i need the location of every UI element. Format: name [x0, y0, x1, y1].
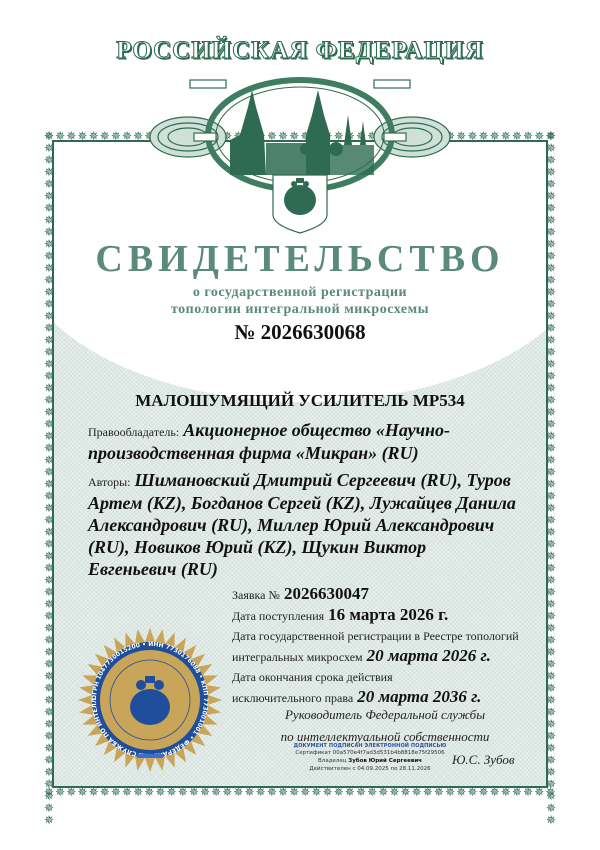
registration-date-label-2: интегральных микросхем — [232, 650, 363, 664]
authors-value: Шимановский Дмитрий Сергеевич (RU), Туро… — [88, 470, 516, 579]
ornament-star-icon: ✵ — [200, 786, 210, 798]
ornament-star-icon: ✵ — [378, 786, 388, 798]
application-number-value: 2026630047 — [284, 584, 369, 603]
country-heading: РОССИЙСКАЯ ФЕДЕРАЦИЯ — [0, 37, 600, 65]
ornament-star-icon: ✵ — [111, 786, 121, 798]
topology-title: МАЛОШУМЯЩИЙ УСИЛИТЕЛЬ МР534 — [0, 391, 600, 411]
ornament-star-icon: ✵ — [401, 786, 411, 798]
ornament-star-icon: ✵ — [512, 130, 522, 142]
ornament-star-icon: ✵ — [501, 130, 511, 142]
ornament-star-icon: ✵ — [456, 786, 466, 798]
certificate-subtitle-line2: топологии интегральной микросхемы — [0, 302, 600, 318]
ornament-star-icon: ✵ — [66, 786, 76, 798]
signatory-position: Руководитель Федеральной службы по интел… — [250, 704, 520, 748]
ornament-star-icon: ✵ — [367, 786, 377, 798]
ornament-star-icon: ✵ — [434, 786, 444, 798]
expiry-date-label-2: исключительного права — [232, 691, 353, 705]
esig-owner-row: Владелец Зубов Юрий Сергеевич — [285, 757, 455, 765]
ornament-star-icon: ✵ — [501, 786, 511, 798]
authors-label: Авторы: — [88, 475, 131, 489]
ornament-star-icon: ✵ — [512, 786, 522, 798]
application-number-label: Заявка № — [232, 588, 280, 602]
certificate-title: СВИДЕТЕЛЬСТВО — [0, 237, 600, 281]
ornament-border-left: ✵✵✵✵✵✵✵✵✵✵✵✵✵✵✵✵✵✵✵✵✵✵✵✵✵✵✵✵✵✵✵✵✵✵✵✵✵✵✵✵… — [44, 130, 54, 798]
ornament-star-icon: ✵ — [278, 786, 288, 798]
ornament-star-icon: ✵ — [89, 786, 99, 798]
signer-name: Ю.С. Зубов — [452, 752, 515, 768]
ornament-star-icon: ✵ — [478, 130, 488, 142]
esig-owner-label: Владелец — [318, 758, 347, 764]
ornament-star-icon: ✵ — [222, 786, 232, 798]
rightholder-label: Правообладатель: — [88, 425, 179, 439]
ornament-star-icon: ✵ — [111, 130, 121, 142]
rightholder-block: Правообладатель: Акционерное общество «Н… — [88, 420, 518, 465]
ornament-border-right: ✵✵✵✵✵✵✵✵✵✵✵✵✵✵✵✵✵✵✵✵✵✵✵✵✵✵✵✵✵✵✵✵✵✵✵✵✵✵✵✵… — [546, 130, 556, 798]
ornament-star-icon: ✵ — [66, 130, 76, 142]
ornament-star-icon: ✵ — [389, 786, 399, 798]
authors-block: Авторы: Шимановский Дмитрий Сергеевич (R… — [88, 470, 518, 581]
ornament-star-icon: ✵ — [345, 786, 355, 798]
ornament-star-icon: ✵ — [267, 786, 277, 798]
ornament-star-icon: ✵ — [523, 786, 533, 798]
ornament-star-icon: ✵ — [55, 786, 65, 798]
ornament-star-icon: ✵ — [245, 786, 255, 798]
ornament-star-icon: ✵ — [467, 130, 477, 142]
ornament-star-icon: ✵ — [155, 786, 165, 798]
signatory-position-line1: Руководитель Федеральной службы — [250, 704, 520, 726]
ornament-star-icon: ✵ — [534, 130, 544, 142]
ornament-star-icon: ✵ — [523, 130, 533, 142]
ornament-star-icon: ✵ — [445, 786, 455, 798]
receipt-date-row: Дата поступления 16 марта 2026 г. — [232, 605, 532, 626]
ornament-star-icon: ✵ — [334, 786, 344, 798]
ornament-star-icon: ✵ — [490, 130, 500, 142]
ornament-star-icon: ✵ — [122, 786, 132, 798]
ornament-star-icon: ✵ — [211, 786, 221, 798]
ornament-star-icon: ✵ — [233, 786, 243, 798]
receipt-date-value: 16 марта 2026 г. — [328, 605, 448, 624]
ornament-star-icon: ✵ — [178, 786, 188, 798]
electronic-signature-stamp: ДОКУМЕНТ ПОДПИСАН ЭЛЕКТРОННОЙ ПОДПИСЬЮ С… — [285, 743, 455, 773]
esig-validity: Действителен с 04.09.2025 по 28.11.2026 — [285, 765, 455, 773]
ornament-star-icon: ✵ — [412, 786, 422, 798]
ornament-star-icon: ✵ — [55, 130, 65, 142]
expiry-date-label-1: Дата окончания срока действия — [232, 670, 393, 684]
esig-owner-name: Зубов Юрий Сергеевич — [348, 758, 422, 764]
ornament-border-bottom: ✵✵✵✵✵✵✵✵✵✵✵✵✵✵✵✵✵✵✵✵✵✵✵✵✵✵✵✵✵✵✵✵✵✵✵✵✵✵✵✵… — [44, 786, 556, 798]
ornament-star-icon: ✵ — [289, 786, 299, 798]
ornament-star-icon: ✵ — [100, 786, 110, 798]
ornament-star-icon: ✵ — [467, 786, 477, 798]
rospatent-seal-icon: ОГРН 1047730015200 • ИНН 7730176088 • КП… — [77, 627, 223, 773]
kremlin-emblem-icon — [148, 65, 452, 235]
ornament-star-icon: ✵ — [77, 786, 87, 798]
certificate-subtitle-line1: о государственной регистрации — [0, 285, 600, 301]
ornament-star-icon: ✵ — [89, 130, 99, 142]
ornament-star-icon: ✵ — [456, 130, 466, 142]
ornament-star-icon: ✵ — [300, 786, 310, 798]
ornament-star-icon: ✵ — [311, 786, 321, 798]
registration-date-value: 20 марта 2026 г. — [367, 646, 491, 665]
ornament-star-icon: ✵ — [44, 814, 54, 826]
ornament-star-icon: ✵ — [189, 786, 199, 798]
ornament-star-icon: ✵ — [77, 130, 87, 142]
receipt-date-label: Дата поступления — [232, 609, 324, 623]
esig-certificate: Сертификат 00a570e4f7ad3d531b4b8818e75f2… — [285, 749, 455, 757]
ornament-star-icon: ✵ — [122, 130, 132, 142]
ornament-star-icon: ✵ — [356, 786, 366, 798]
expiry-date-row: Дата окончания срока действия исключител… — [232, 667, 532, 708]
ornament-star-icon: ✵ — [133, 786, 143, 798]
ornament-star-icon: ✵ — [534, 786, 544, 798]
ornament-star-icon: ✵ — [423, 786, 433, 798]
ornament-star-icon: ✵ — [144, 786, 154, 798]
application-details: Заявка № 2026630047 Дата поступления 16 … — [232, 584, 532, 708]
ornament-star-icon: ✵ — [490, 786, 500, 798]
ornament-star-icon: ✵ — [100, 130, 110, 142]
ornament-star-icon: ✵ — [133, 130, 143, 142]
ornament-star-icon: ✵ — [478, 786, 488, 798]
registration-date-label-1: Дата государственной регистрации в Реест… — [232, 629, 519, 643]
certificate-number: № 2026630068 — [0, 320, 600, 345]
ornament-star-icon: ✵ — [167, 786, 177, 798]
ornament-star-icon: ✵ — [323, 786, 333, 798]
registration-date-row: Дата государственной регистрации в Реест… — [232, 626, 532, 667]
ornament-star-icon: ✵ — [256, 786, 266, 798]
application-number-row: Заявка № 2026630047 — [232, 584, 532, 605]
ornament-star-icon: ✵ — [546, 814, 556, 826]
